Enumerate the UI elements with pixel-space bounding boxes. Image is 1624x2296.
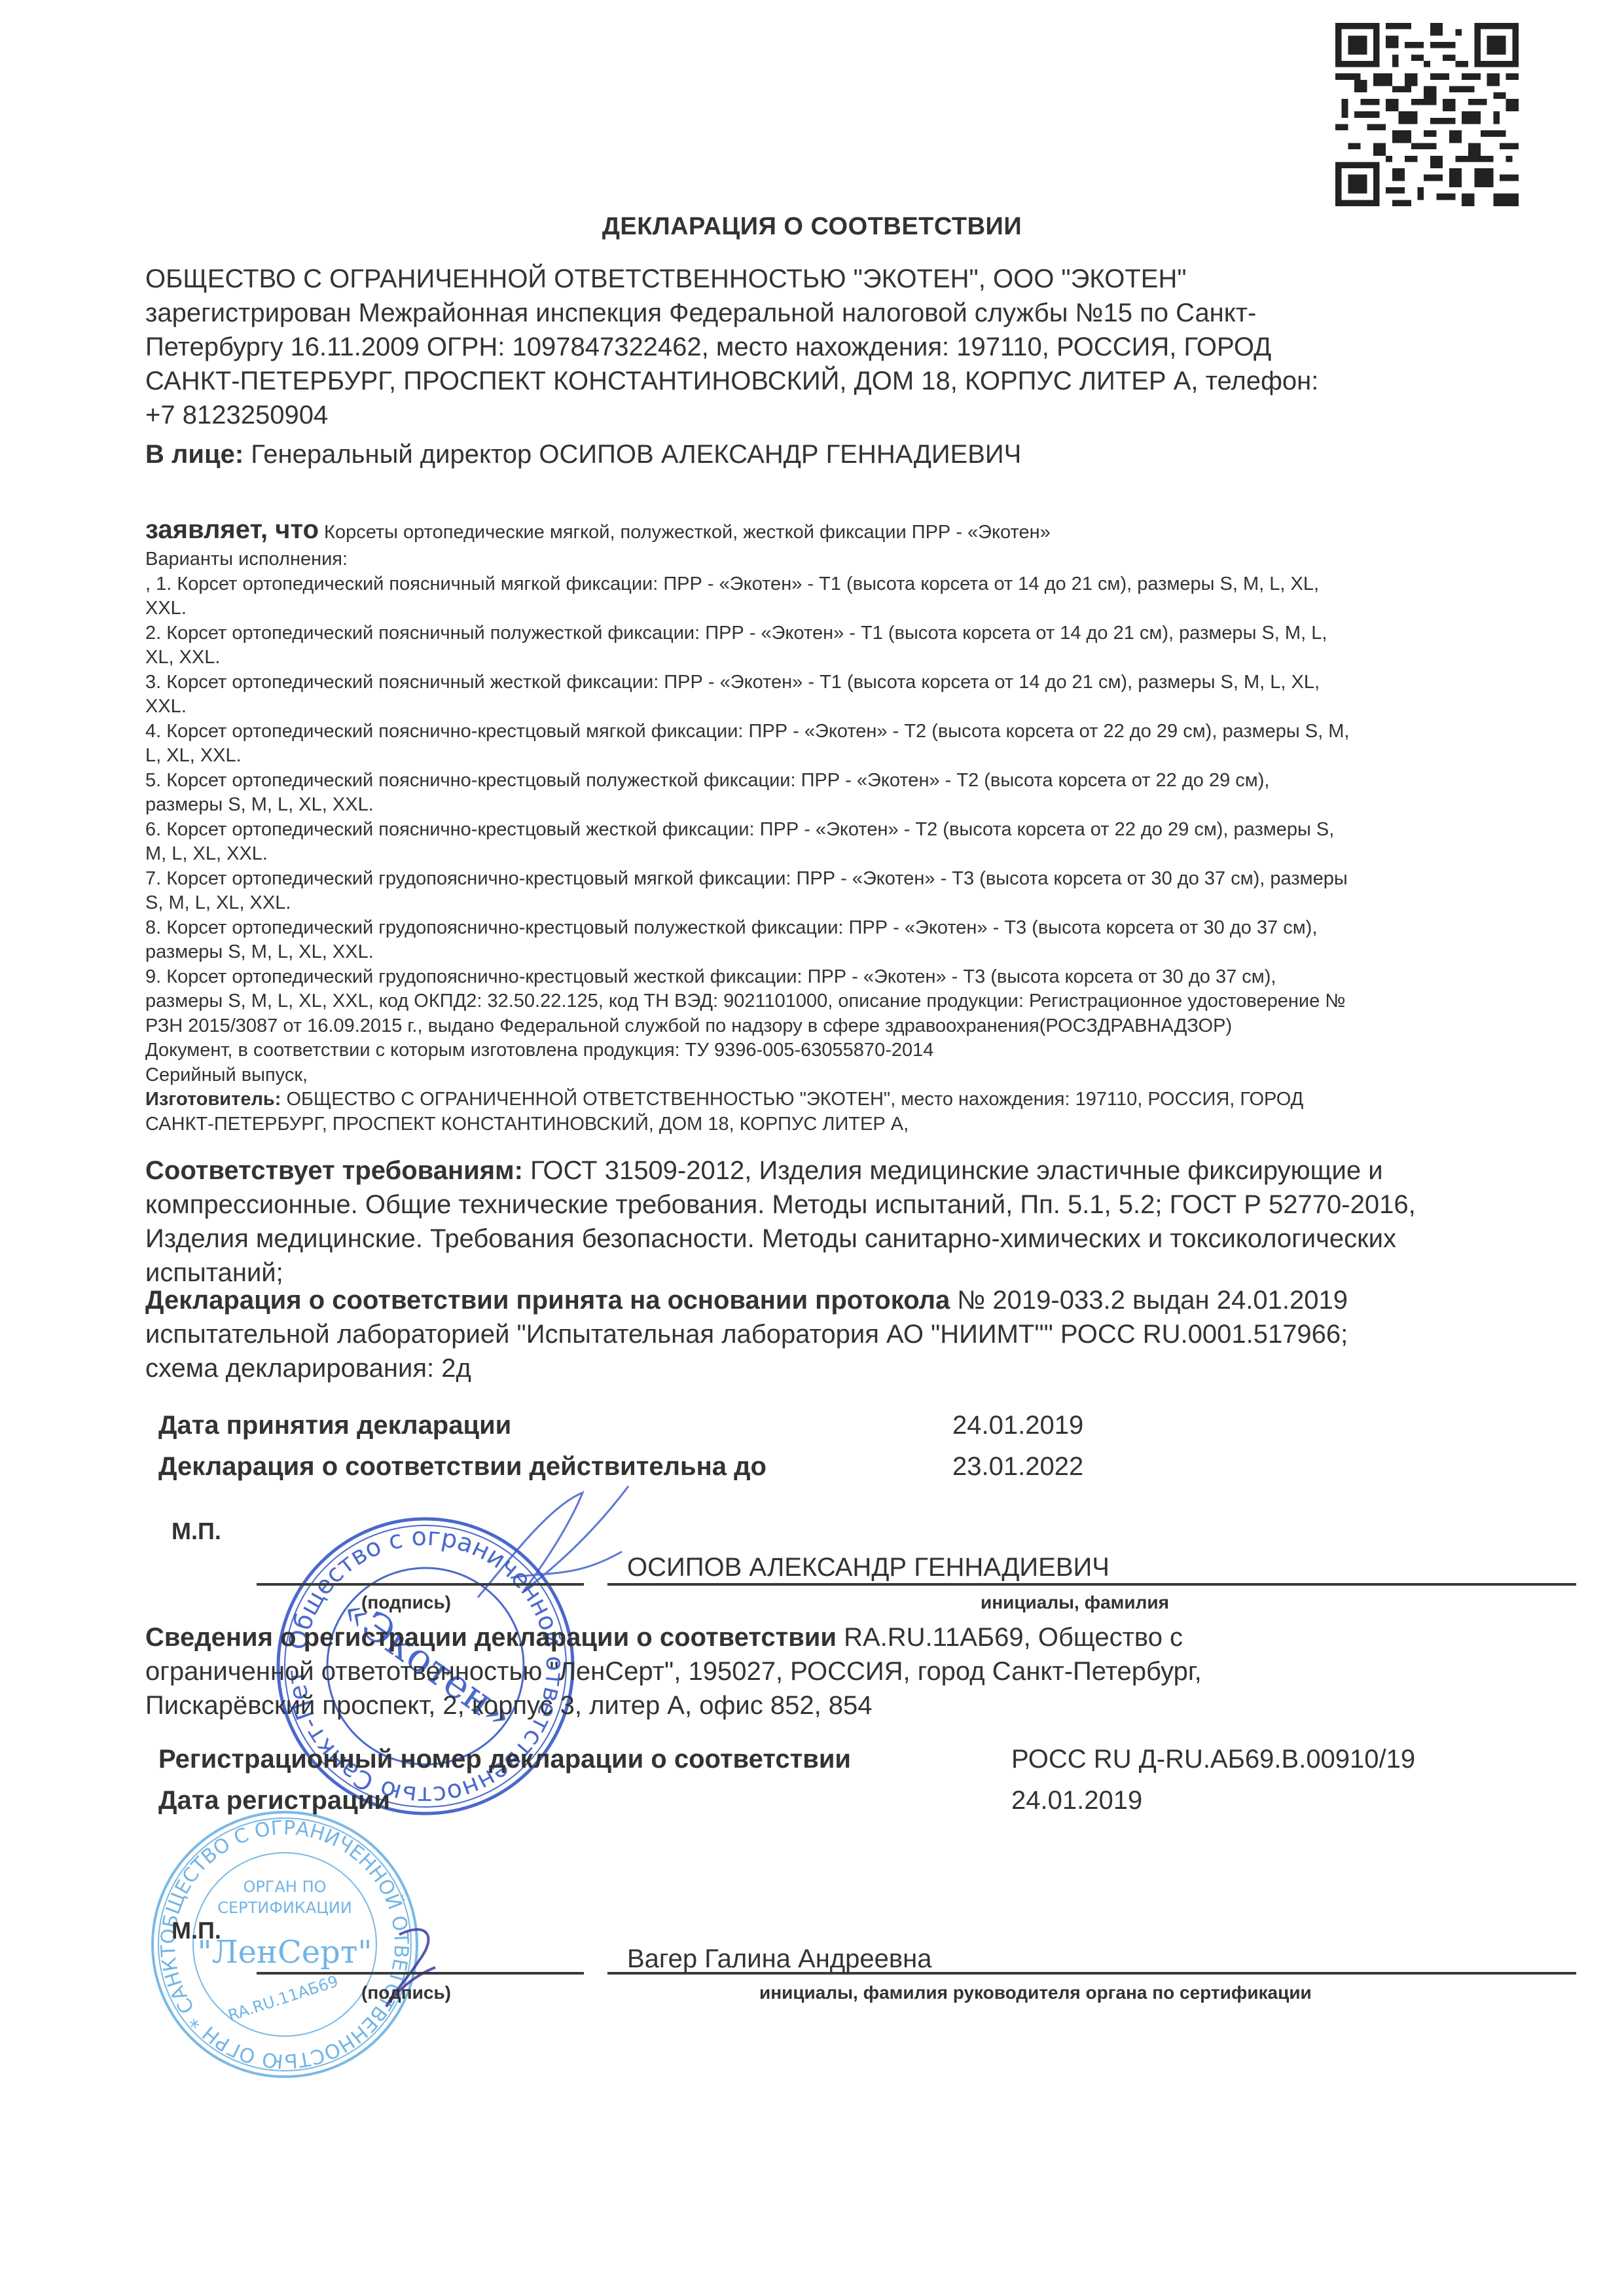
manufacturer-line: САНКТ-ПЕТЕРБУРГ, ПРОСПЕКТ КОНСТАНТИНОВСК… bbox=[145, 1112, 1546, 1137]
variant-line: XXL. bbox=[145, 596, 1546, 621]
variant-line: M, L, XL, XXL. bbox=[145, 842, 1546, 867]
variant-line: 7. Корсет ортопедический грудопояснично-… bbox=[145, 867, 1546, 892]
variant-line: , 1. Корсет ортопедический поясничный мя… bbox=[145, 572, 1546, 597]
seal-place-label: М.П. bbox=[171, 1518, 221, 1545]
basis-value: № 2019-033.2 выдан 24.01.2019 bbox=[950, 1286, 1348, 1315]
reg-number-label: Регистрационный номер декларации о соотв… bbox=[158, 1745, 851, 1774]
svg-text:"ЛенСерт": "ЛенСерт" bbox=[197, 1934, 372, 1971]
variant-line: размеры S, M, L, XL, XXL. bbox=[145, 793, 1546, 818]
applicant-line: зарегистрирован Межрайонная инспекция Фе… bbox=[145, 296, 1546, 330]
qr-code-icon bbox=[1335, 20, 1519, 210]
conforms-line: Соответствует требованиям: ГОСТ 31509-20… bbox=[145, 1154, 1546, 1188]
signature-line bbox=[257, 1972, 584, 1975]
applicant-line: +7 8123250904 bbox=[145, 398, 1546, 432]
manufacturer-label: Изготовитель: bbox=[145, 1089, 281, 1110]
signature-caption: (подпись) bbox=[361, 1982, 451, 2003]
variant-line: 6. Корсет ортопедический пояснично-крест… bbox=[145, 818, 1546, 843]
manufacturer-value: ОБЩЕСТВО С ОГРАНИЧЕННОЙ ОТВЕТСТВЕННОСТЬЮ… bbox=[281, 1089, 1303, 1110]
basis-block: Декларация о соответствии принята на осн… bbox=[145, 1283, 1546, 1385]
variant-line: S, M, L, XL, XXL. bbox=[145, 891, 1546, 916]
applicant-block: ОБЩЕСТВО С ОГРАНИЧЕННОЙ ОТВЕТСТВЕННОСТЬЮ… bbox=[145, 262, 1546, 471]
variant-line: XL, XXL. bbox=[145, 646, 1546, 670]
variant-line: 5. Корсет ортопедический пояснично-крест… bbox=[145, 769, 1546, 793]
variant-line: 3. Корсет ортопедический поясничный жест… bbox=[145, 670, 1546, 695]
variant-line: Серийный выпуск, bbox=[145, 1063, 1546, 1088]
variant-line: РЗН 2015/3087 от 16.09.2015 г., выдано Ф… bbox=[145, 1014, 1546, 1039]
variant-line: размеры S, M, L, XL, XXL, код ОКПД2: 32.… bbox=[145, 989, 1546, 1014]
registration-label: Сведения о регистрации декларации о соот… bbox=[145, 1623, 837, 1652]
signer-name: ОСИПОВ АЛЕКСАНДР ГЕННАДИЕВИЧ bbox=[627, 1553, 1110, 1582]
registration-line: Сведения о регистрации декларации о соот… bbox=[145, 1620, 1546, 1654]
declares-block: заявляет, что Корсеты ортопедические мяг… bbox=[145, 515, 1546, 1137]
applicant-line: ОБЩЕСТВО С ОГРАНИЧЕННОЙ ОТВЕТСТВЕННОСТЬЮ… bbox=[145, 262, 1546, 296]
name-caption: инициалы, фамилия bbox=[981, 1592, 1169, 1613]
conforms-label: Соответствует требованиям: bbox=[145, 1156, 523, 1185]
basis-line: схема декларирования: 2д bbox=[145, 1351, 1546, 1385]
represented-value: Генеральный директор ОСИПОВ АЛЕКСАНДР ГЕ… bbox=[244, 440, 1021, 469]
variant-line: L, XL, XXL. bbox=[145, 744, 1546, 769]
registration-line: Пискарёвский проспект, 2, корпус 3, лите… bbox=[145, 1688, 1546, 1722]
registration-value: RA.RU.11АБ69, Общество с bbox=[837, 1623, 1183, 1652]
declares-value: Корсеты ортопедические мягкой, полужестк… bbox=[319, 522, 1051, 543]
registration-line: ограниченной ответотвенностью "ЛенСерт",… bbox=[145, 1654, 1546, 1688]
svg-text:RA.RU.11АБ69: RA.RU.11АБ69 bbox=[226, 1972, 340, 2025]
reg-date-value: 24.01.2019 bbox=[1011, 1786, 1142, 1815]
variant-line: размеры S, M, L, XL, XXL. bbox=[145, 940, 1546, 965]
applicant-line: Петербургу 16.11.2009 ОГРН: 109784732246… bbox=[145, 330, 1546, 364]
certifier-name: Вагер Галина Андреевна bbox=[627, 1944, 931, 1974]
signature-line bbox=[257, 1583, 584, 1586]
variant-line: 4. Корсет ортопедический пояснично-крест… bbox=[145, 720, 1546, 744]
variant-line: Документ, в соответствии с которым изгот… bbox=[145, 1038, 1546, 1063]
variant-line: 8. Корсет ортопедический грудопояснично-… bbox=[145, 916, 1546, 941]
variant-line: Варианты исполнения: bbox=[145, 547, 1546, 572]
declares-line: заявляет, что Корсеты ортопедические мяг… bbox=[145, 515, 1546, 547]
represented-by: В лице: Генеральный директор ОСИПОВ АЛЕК… bbox=[145, 437, 1546, 471]
variant-line: 2. Корсет ортопедический поясничный полу… bbox=[145, 621, 1546, 646]
declares-label: заявляет, что bbox=[145, 515, 319, 544]
manufacturer-line: Изготовитель: ОБЩЕСТВО С ОГРАНИЧЕННОЙ ОТ… bbox=[145, 1087, 1546, 1112]
conforms-line: компрессионные. Общие технические требов… bbox=[145, 1188, 1546, 1222]
valid-until-label: Декларация о соответствии действительна … bbox=[158, 1452, 767, 1482]
reg-number-value: РОСС RU Д-RU.АБ69.В.00910/19 bbox=[1011, 1745, 1415, 1774]
svg-text:ОРГАН ПО: ОРГАН ПО bbox=[243, 1878, 326, 1896]
conforms-block: Соответствует требованиям: ГОСТ 31509-20… bbox=[145, 1154, 1546, 1290]
name-caption: инициалы, фамилия руководителя органа по… bbox=[759, 1982, 1312, 2003]
basis-line: испытательной лабораторией "Испытательна… bbox=[145, 1317, 1546, 1351]
seal-place-label: М.П. bbox=[171, 1917, 221, 1944]
valid-until-value: 23.01.2022 bbox=[952, 1452, 1083, 1482]
adoption-date-value: 24.01.2019 bbox=[952, 1411, 1083, 1440]
applicant-line: САНКТ-ПЕТЕРБУРГ, ПРОСПЕКТ КОНСТАНТИНОВСК… bbox=[145, 364, 1546, 398]
conforms-line: Изделия медицинские. Требования безопасн… bbox=[145, 1222, 1546, 1256]
adoption-date-label: Дата принятия декларации bbox=[158, 1411, 511, 1440]
name-line bbox=[607, 1583, 1576, 1586]
registration-block: Сведения о регистрации декларации о соот… bbox=[145, 1620, 1546, 1722]
basis-line: Декларация о соответствии принята на осн… bbox=[145, 1283, 1546, 1317]
declaration-page: ДЕКЛАРАЦИЯ О СООТВЕТСТВИИ ОБЩЕСТВО С ОГР… bbox=[0, 0, 1624, 2296]
conforms-value: ГОСТ 31509-2012, Изделия медицинские эла… bbox=[523, 1156, 1383, 1185]
svg-text:СЕРТИФИКАЦИИ: СЕРТИФИКАЦИИ bbox=[217, 1899, 352, 1917]
variant-line: 9. Корсет ортопедический грудопояснично-… bbox=[145, 965, 1546, 990]
represented-label: В лице: bbox=[145, 440, 244, 469]
signature-caption: (подпись) bbox=[361, 1592, 451, 1613]
variant-line: XXL. bbox=[145, 695, 1546, 720]
document-title: ДЕКЛАРАЦИЯ О СООТВЕТСТВИИ bbox=[0, 213, 1624, 241]
basis-label: Декларация о соответствии принята на осн… bbox=[145, 1286, 950, 1315]
name-line bbox=[607, 1972, 1576, 1975]
